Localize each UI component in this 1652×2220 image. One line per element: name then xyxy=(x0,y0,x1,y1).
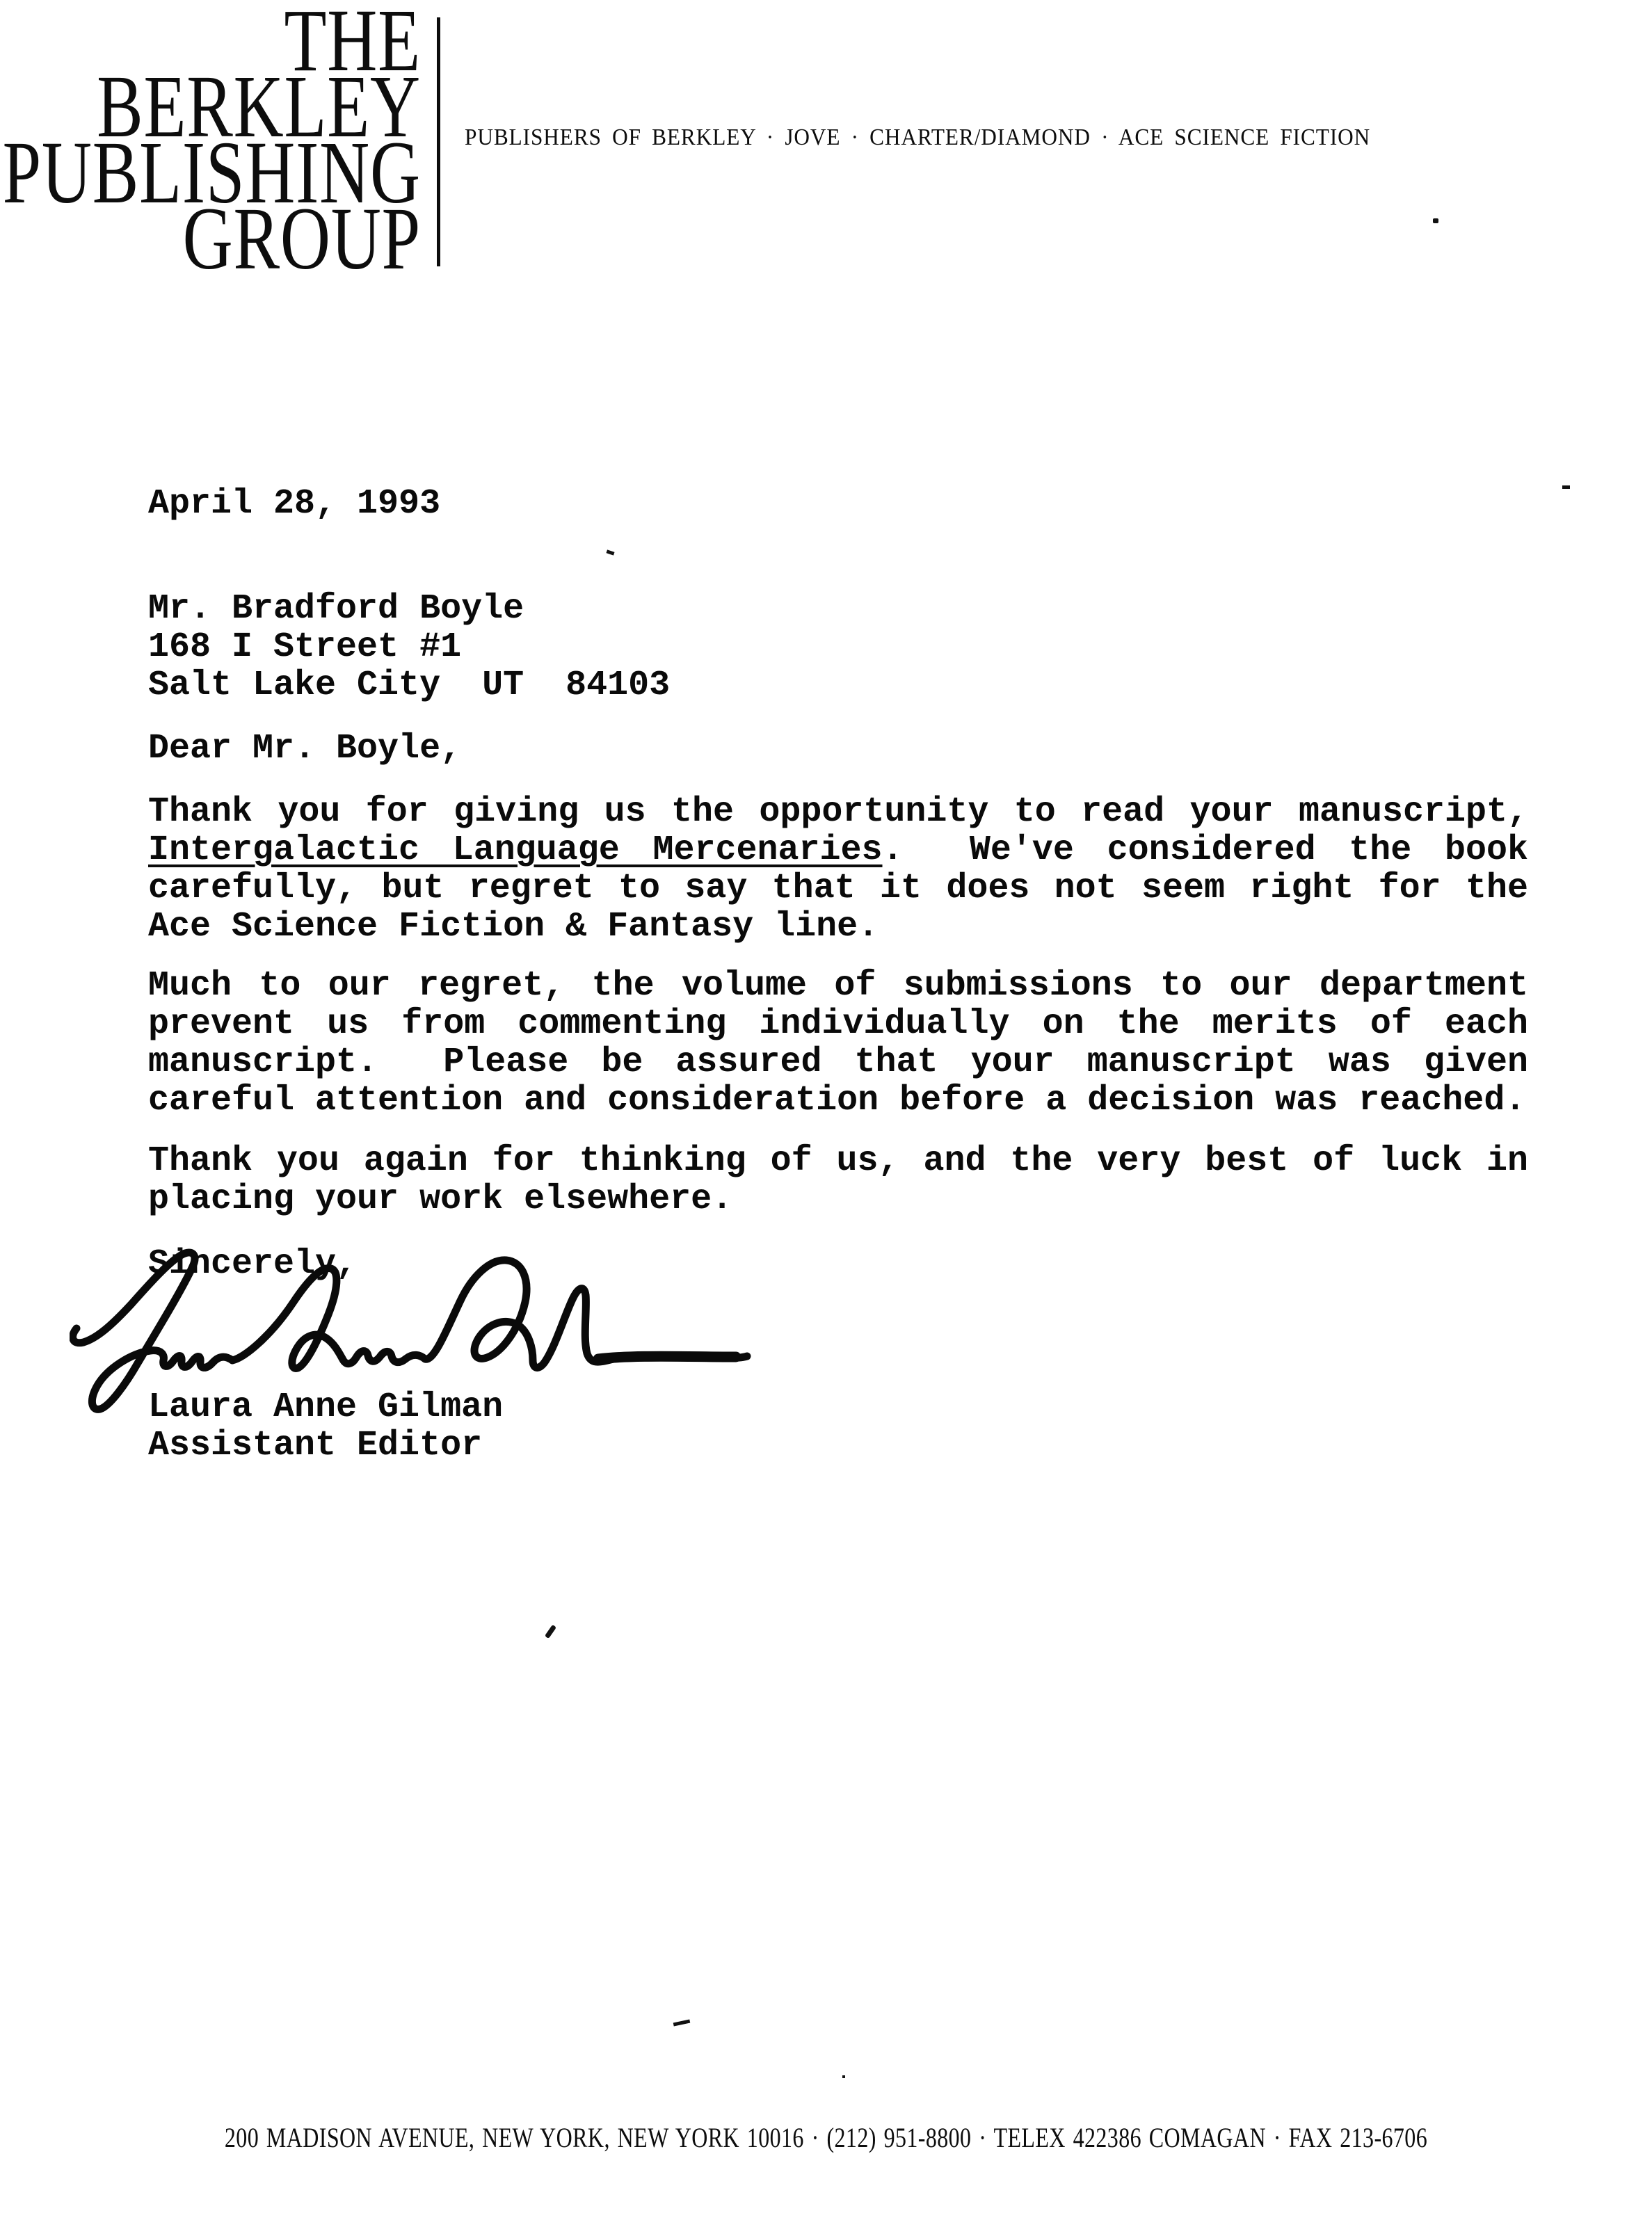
signer-name: Laura Anne Gilman xyxy=(148,1388,1528,1426)
letter-line: Thank you again for thinking of us, and … xyxy=(148,1142,1528,1180)
letter-line: Ace Science Fiction & Fantasy line. xyxy=(148,908,1528,946)
letter-line: careful attention and consideration befo… xyxy=(148,1081,1528,1120)
scanned-letter-page: THE BERKLEY PUBLISHING GROUP PUBLISHERS … xyxy=(0,0,1652,2220)
scan-artifact-dash xyxy=(1562,485,1570,489)
letter-line: carefully, but regret to say that it doe… xyxy=(148,869,1528,908)
recipient-address: Mr. Bradford Boyle 168 I Street #1 Salt … xyxy=(148,590,1528,705)
recipient-name: Mr. Bradford Boyle xyxy=(148,590,1528,628)
footer-address-line: 200 MADISON AVENUE, NEW YORK, NEW YORK 1… xyxy=(166,2123,1487,2153)
berkley-publishing-group-logo: THE BERKLEY PUBLISHING GROUP xyxy=(3,8,421,272)
scan-artifact-dot xyxy=(1433,218,1438,223)
paragraph-3: Thank you again for thinking of us, and … xyxy=(148,1142,1528,1218)
scan-artifact-tilde xyxy=(673,2020,691,2027)
publishers-imprints-line: PUBLISHERS OF BERKLEY · JOVE · CHARTER/D… xyxy=(465,124,1370,152)
signer-title: Assistant Editor xyxy=(148,1426,1528,1465)
salutation: Dear Mr. Boyle, xyxy=(148,730,1528,768)
letter-line: Thank you for giving us the opportunity … xyxy=(148,793,1528,831)
scan-artifact-tick xyxy=(545,1625,556,1639)
recipient-city: Salt Lake City UT 84103 xyxy=(148,666,1528,705)
letter-date: April 28, 1993 xyxy=(148,485,1528,523)
recipient-street: 168 I Street #1 xyxy=(148,628,1528,666)
letter-line: placing your work elsewhere. xyxy=(148,1180,1528,1218)
paragraph-1: Thank you for giving us the opportunity … xyxy=(148,793,1528,946)
letter-text-block: April 28, 1993 Mr. Bradford Boyle 168 I … xyxy=(148,485,1528,1465)
underlined-manuscript-title: Intergalactic Language Mercenaries xyxy=(148,830,883,870)
letter-line: manuscript. Please be assured that your … xyxy=(148,1043,1528,1081)
scan-artifact-dot xyxy=(842,2075,845,2078)
letterhead-divider-bar xyxy=(437,17,440,266)
letter-line: prevent us from commenting individually … xyxy=(148,1005,1528,1043)
paragraph-2: Much to our regret, the volume of submis… xyxy=(148,967,1528,1120)
closing-sincerely: Sincerely, xyxy=(148,1245,1528,1283)
letter-line: Intergalactic Language Mercenaries. We'v… xyxy=(148,831,1528,869)
letter-line: Much to our regret, the volume of submis… xyxy=(148,967,1528,1005)
